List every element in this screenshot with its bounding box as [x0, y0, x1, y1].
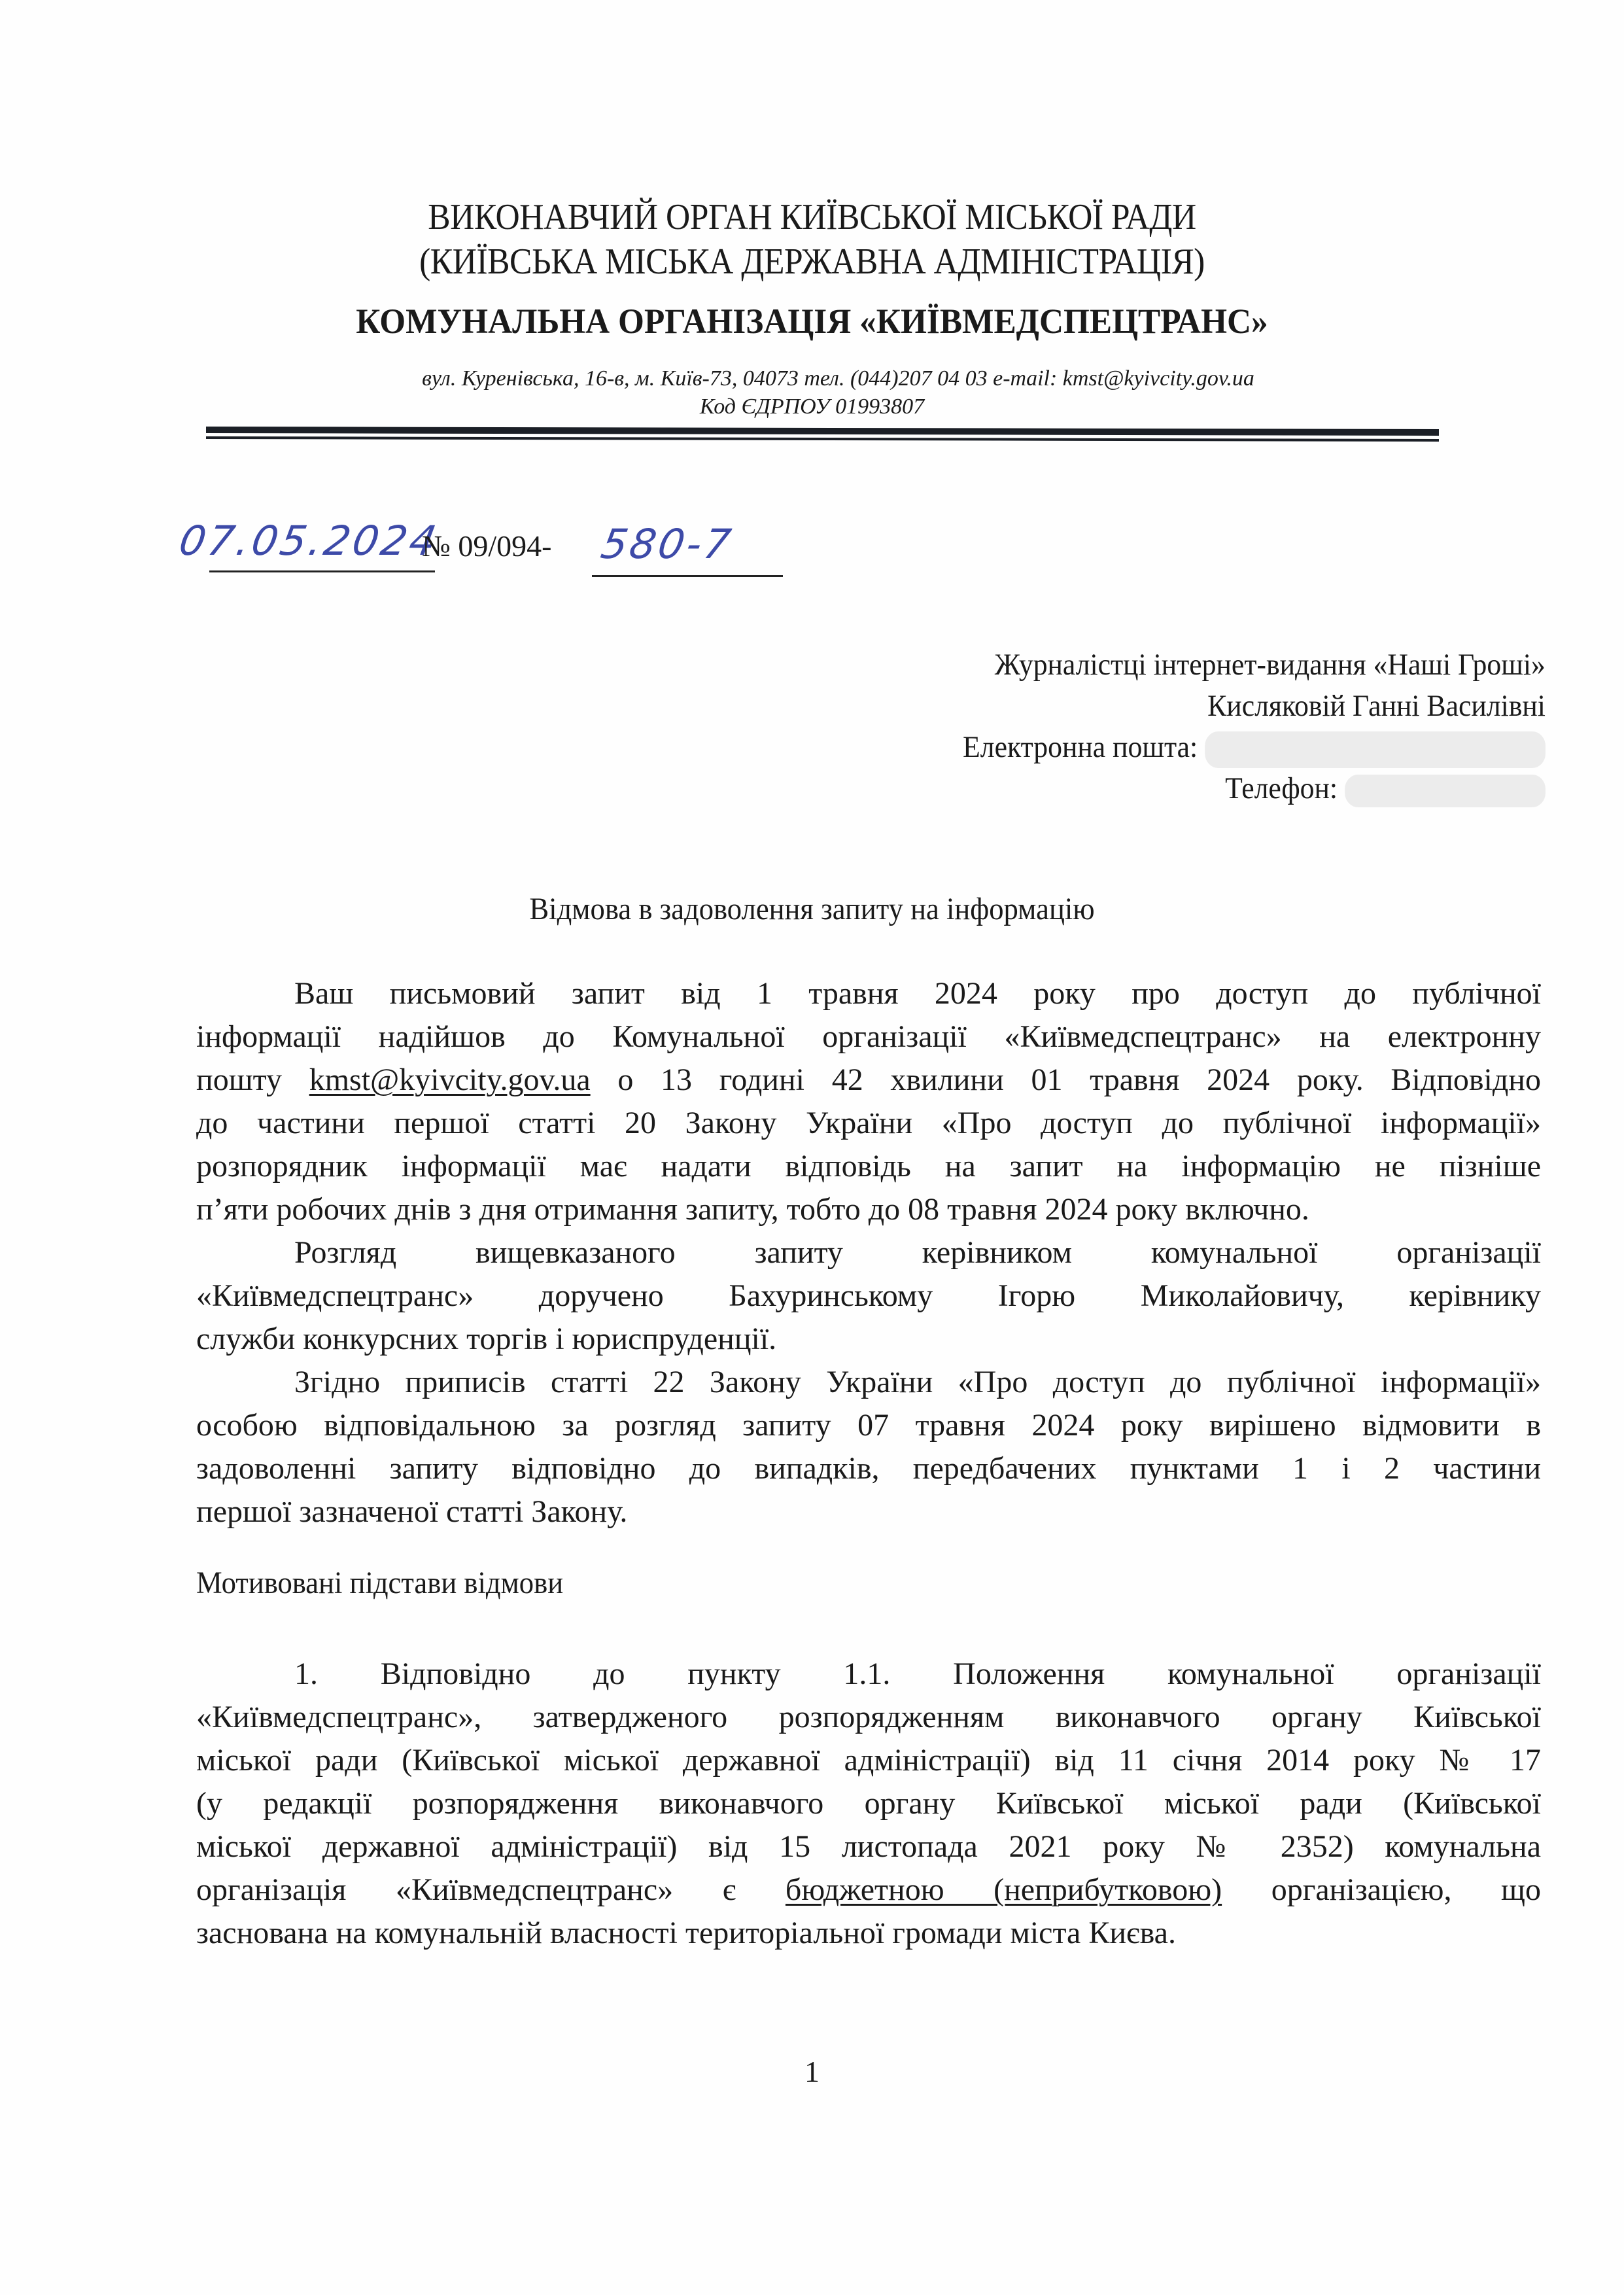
- addressee-line-1: Журналістці інтернет-видання «Наші Гроші…: [963, 644, 1546, 686]
- paragraph-line: (у редакції розпорядження виконавчого ор…: [196, 1782, 1541, 1825]
- letterhead-org-name: КОМУНАЛЬНА ОРГАНІЗАЦІЯ «КИЇВМЕДСПЕЦТРАНС…: [41, 301, 1583, 342]
- paragraph-line: заснована на комунальній власності терит…: [196, 1912, 1541, 1955]
- letterhead-rule-thick: [206, 427, 1439, 436]
- redacted-phone: [1345, 775, 1546, 807]
- registration-date-handwritten: 07.05.2024: [176, 517, 443, 565]
- paragraph-line: Розгляд вищевказаного запиту керівником …: [196, 1231, 1541, 1274]
- paragraph-line: служби конкурсних торгів і юриспруденції…: [196, 1318, 1541, 1361]
- letterhead-edrpou: Код ЄДРПОУ 01993807: [0, 394, 1624, 419]
- paragraph-assignment: Розгляд вищевказаного запиту керівником …: [196, 1231, 1541, 1361]
- letterhead-rule-thin: [206, 436, 1439, 442]
- text-fragment: о 13 годині 42 хвилини 01 травня 2024 ро…: [591, 1062, 1541, 1097]
- letterhead-address: вул. Куренівська, 16-в, м. Київ-73, 0407…: [0, 366, 1624, 391]
- point-1: 1. Відповідно до пункту 1.1. Положення к…: [196, 1653, 1541, 1955]
- addressee-name: Кисляковій Ганні Василівні: [963, 686, 1546, 727]
- text-fragment: організацією, що: [1222, 1872, 1541, 1907]
- paragraph-line: п’яти робочих днів з дня отримання запит…: [196, 1188, 1541, 1231]
- registration-number-handwritten: 580-7: [598, 520, 737, 568]
- addressee-phone-row: Телефон:: [963, 768, 1546, 809]
- paragraph-line: «Київмедспецтранс» доручено Бахуринськом…: [196, 1274, 1541, 1318]
- page-number: 1: [0, 2054, 1624, 2089]
- paragraph-request-received: Ваш письмовий запит від 1 травня 2024 ро…: [196, 972, 1541, 1231]
- redacted-email: [1205, 731, 1546, 768]
- registration-date-underline: [209, 570, 435, 572]
- paragraph-line: організація «Київмедспецтранс» є бюджетн…: [196, 1868, 1541, 1912]
- paragraph-line: міської державної адміністрації) від 15 …: [196, 1825, 1541, 1868]
- paragraph-line: задоволенні запиту відповідно до випадкі…: [196, 1447, 1541, 1490]
- paragraph-line: першої зазначеної статті Закону.: [196, 1490, 1541, 1533]
- paragraph-line: розпорядник інформації має надати відпов…: [196, 1145, 1541, 1188]
- paragraph-line: Згідно приписів статті 22 Закону України…: [196, 1361, 1541, 1404]
- registration-number-underline: [592, 575, 783, 577]
- paragraph-decision: Згідно приписів статті 22 Закону України…: [196, 1361, 1541, 1533]
- paragraph-line: 1. Відповідно до пункту 1.1. Положення к…: [196, 1653, 1541, 1696]
- section-heading-grounds: Мотивовані підстави відмови: [196, 1565, 563, 1601]
- paragraph-line: міської ради (Київської міської державно…: [196, 1739, 1541, 1782]
- text-fragment: пошту: [196, 1062, 309, 1097]
- paragraph-line: інформації надійшов до Комунальної орган…: [196, 1015, 1541, 1059]
- email-link[interactable]: kmst@kyivcity.gov.ua: [309, 1062, 591, 1097]
- letterhead-gov-line-2: (КИЇВСЬКА МІСЬКА ДЕРЖАВНА АДМІНІСТРАЦІЯ): [65, 241, 1559, 283]
- addressee-phone-label: Телефон:: [1225, 771, 1338, 805]
- document-title: Відмова в задоволення запиту на інформац…: [57, 891, 1567, 927]
- addressee-block: Журналістці інтернет-видання «Наші Гроші…: [963, 644, 1546, 809]
- paragraph-line: до частини першої статті 20 Закону Украї…: [196, 1102, 1541, 1145]
- registration-number-prefix: № 09/094-: [422, 529, 552, 563]
- document-page: ВИКОНАВЧИЙ ОРГАН КИЇВСЬКОЇ МІСЬКОЇ РАДИ …: [0, 0, 1624, 2295]
- paragraph-line: пошту kmst@kyivcity.gov.ua о 13 годині 4…: [196, 1059, 1541, 1102]
- text-fragment: організація «Київмедспецтранс» є: [196, 1872, 786, 1907]
- addressee-email-row: Електронна пошта:: [963, 727, 1546, 768]
- paragraph-line: Ваш письмовий запит від 1 травня 2024 ро…: [196, 972, 1541, 1015]
- letterhead-gov-line-1: ВИКОНАВЧИЙ ОРГАН КИЇВСЬКОЇ МІСЬКОЇ РАДИ: [65, 196, 1559, 238]
- addressee-email-label: Електронна пошта:: [963, 730, 1198, 764]
- paragraph-line: особою відповідальною за розгляд запиту …: [196, 1404, 1541, 1447]
- underlined-budget-status: бюджетною (неприбутковою): [786, 1872, 1222, 1907]
- paragraph-line: «Київмедспецтранс», затвердженого розпор…: [196, 1696, 1541, 1739]
